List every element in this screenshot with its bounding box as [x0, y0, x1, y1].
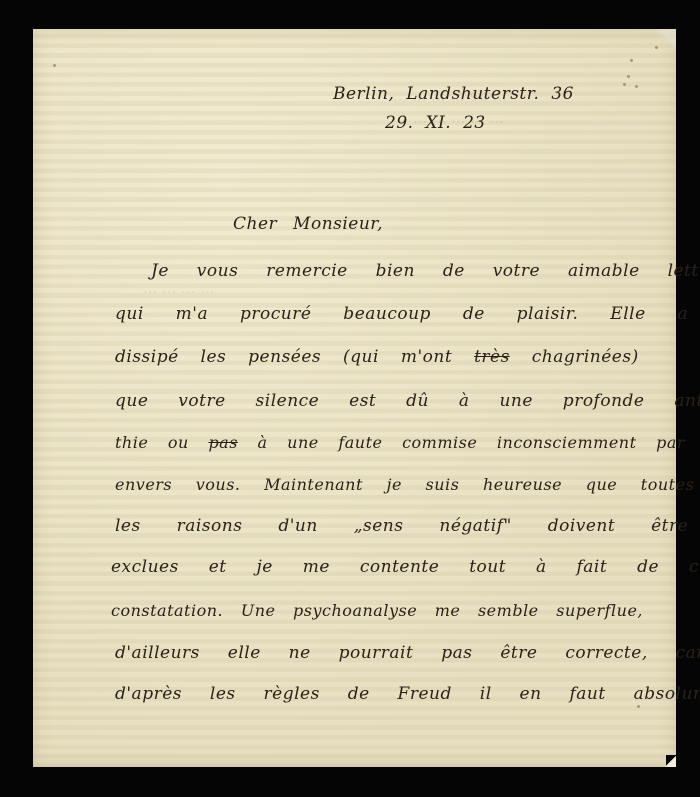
foxing-spot [637, 705, 640, 708]
letter-line: Je vous remercie bien de votre aimable l… [151, 261, 700, 281]
line-segment: thie ou [115, 433, 189, 452]
foxing-spot [630, 59, 633, 62]
letter-line: d'ailleurs elle ne pourrait pas être cor… [115, 643, 700, 663]
letter-line: les raisons d'un „sens négatif" doivent … [115, 516, 688, 536]
letter-date: 29. XI. 23 [385, 113, 486, 133]
letter-line: thie ou pas à une faute commise inconsci… [115, 433, 700, 452]
bleed-through-text: ... ... ... ... [143, 279, 215, 297]
line-segment: dissipé les pensées (qui m'ont [115, 347, 452, 367]
paper-corner-fold [666, 755, 676, 767]
line-segment: à une faute commise inconsciemment par m… [258, 433, 700, 452]
struck-word: pas [208, 433, 238, 452]
letter-address: Berlin, Landshuterstr. 36 [333, 84, 574, 104]
foxing-spot [627, 75, 630, 78]
letter-line: dissipé les pensées (qui m'ont très chag… [115, 347, 639, 367]
letter-line: d'après les règles de Freud il en faut a… [115, 684, 700, 704]
paper-corner-top-right [656, 29, 676, 49]
foxing-spot [635, 85, 638, 88]
letter-line: qui m'a procuré beaucoup de plaisir. Ell… [115, 304, 688, 324]
foxing-spot [655, 46, 658, 49]
foxing-spot [53, 64, 56, 67]
letter-salutation: Cher Monsieur, [233, 214, 383, 234]
struck-word: très [474, 347, 510, 367]
letter-line: envers vous. Maintenant je suis heureuse… [115, 475, 694, 494]
letter-page: ... de ... ... ... ... ... ... ... ... .… [33, 29, 676, 767]
letter-line: que votre silence est dû à une profonde … [115, 391, 700, 411]
letter-line: constatation. Une psychoanalyse me sembl… [111, 601, 643, 620]
foxing-spot [623, 83, 626, 86]
letter-line: exclues et je me contente tout à fait de… [111, 557, 700, 577]
line-segment: chagrinées) [532, 347, 639, 367]
